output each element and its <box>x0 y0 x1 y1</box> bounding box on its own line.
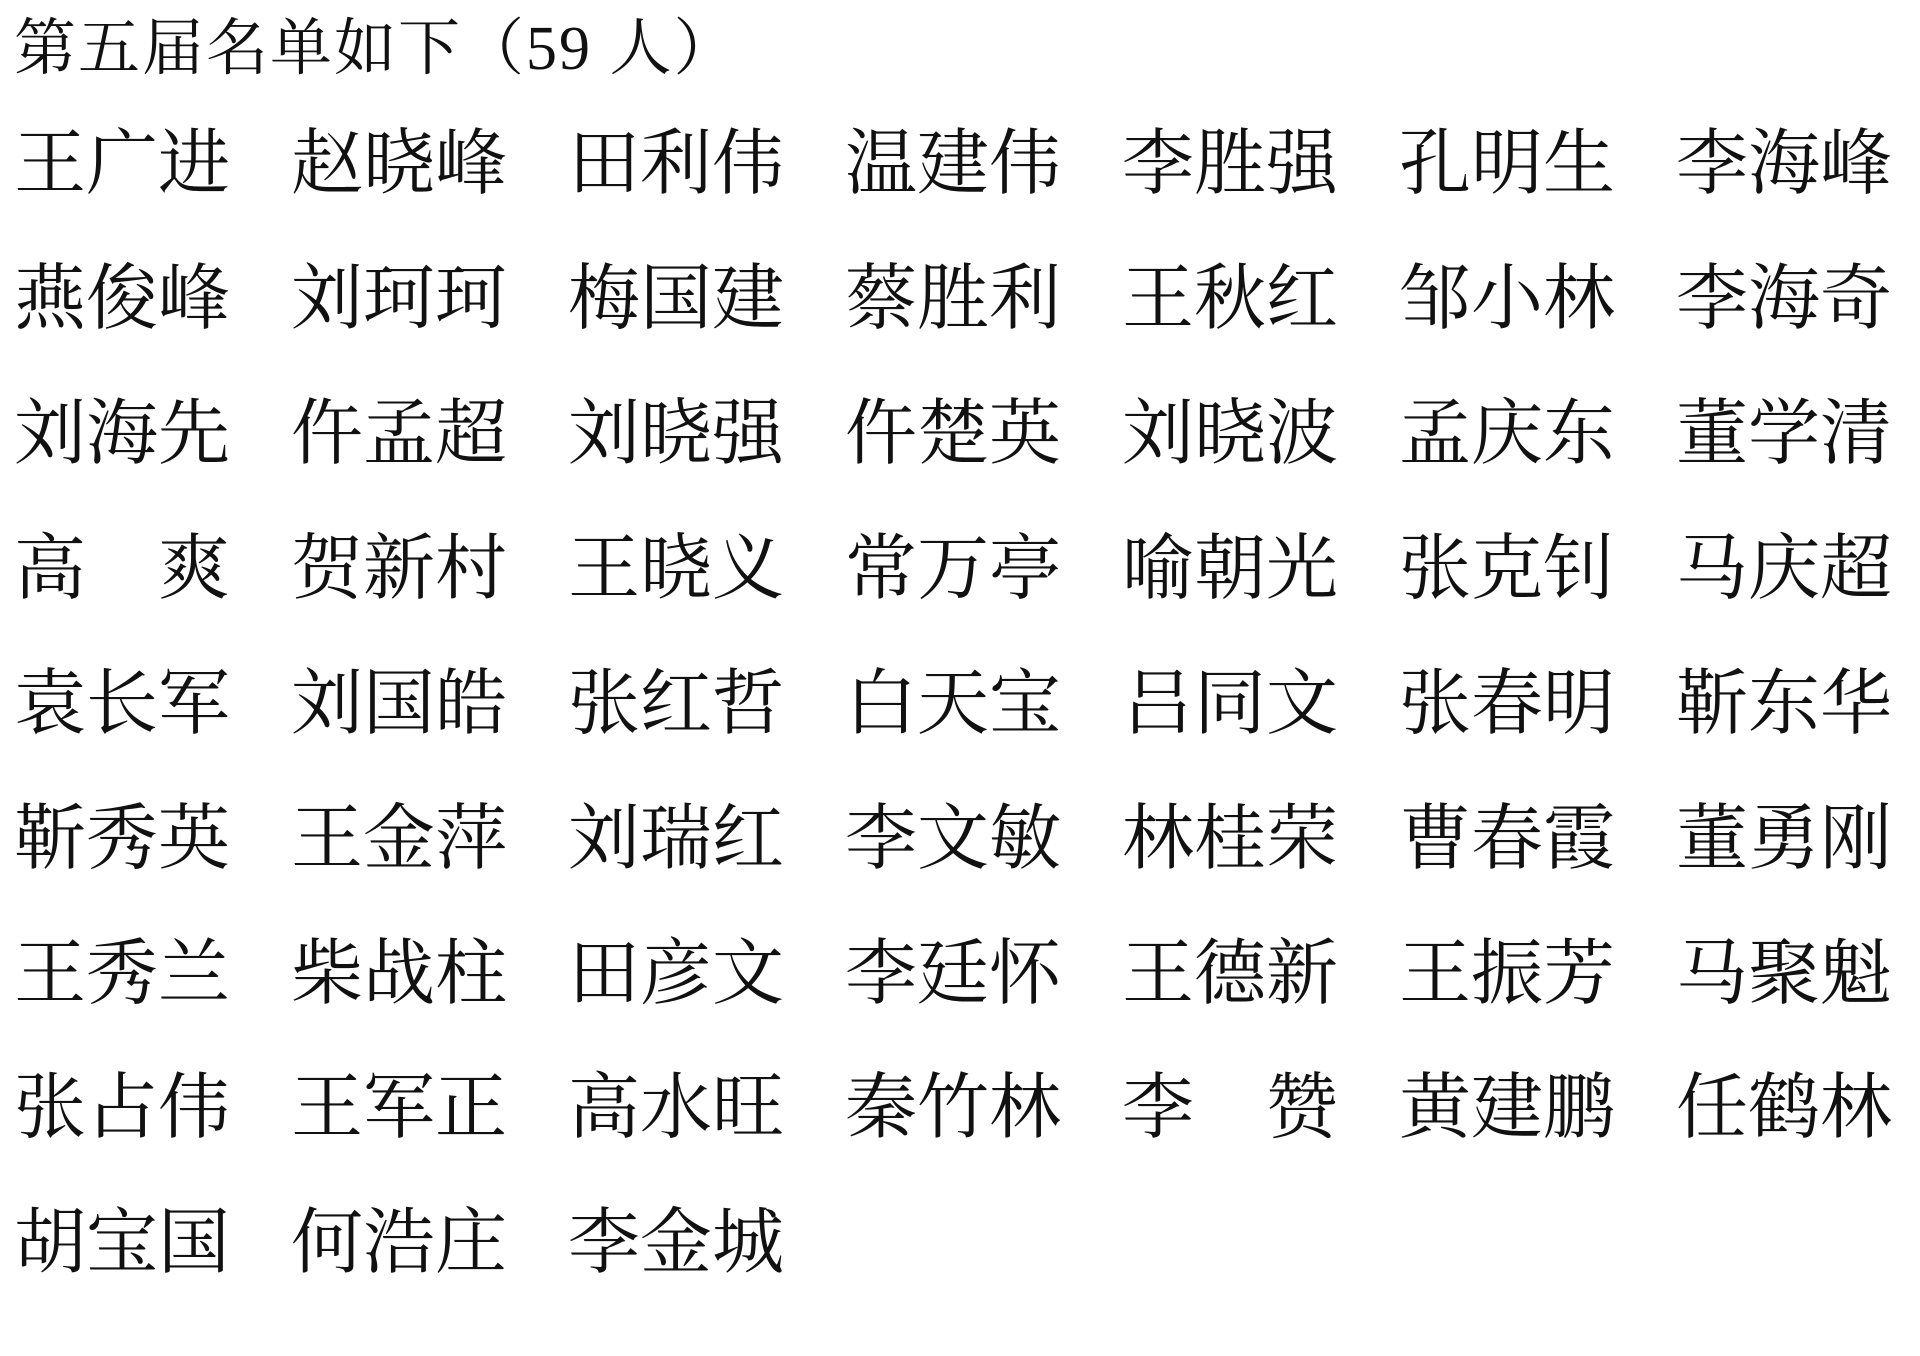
name-cell: 刘珂珂 <box>291 262 509 337</box>
name-cell: 任鹤林 <box>1676 1071 1894 1146</box>
name-cell: 袁长军 <box>14 667 232 742</box>
name-cell: 胡宝国 <box>14 1206 232 1281</box>
name-cell: 李胜强 <box>1122 127 1340 202</box>
name-cell <box>1122 1206 1340 1281</box>
name-row: 高 爽贺新村王晓义常万亭喻朝光张克钊马庆超 <box>14 532 1894 607</box>
name-cell: 曹春霞 <box>1399 802 1617 877</box>
name-cell: 贺新村 <box>291 532 509 607</box>
name-cell: 温建伟 <box>845 127 1063 202</box>
name-cell: 刘晓波 <box>1122 397 1340 472</box>
name-cell: 邹小林 <box>1399 262 1617 337</box>
name-cell: 李文敏 <box>845 802 1063 877</box>
name-row: 张占伟王军正高水旺秦竹林李 赞黄建鹏任鹤林 <box>14 1071 1894 1146</box>
name-cell: 李 赞 <box>1122 1071 1340 1146</box>
name-cell: 孔明生 <box>1399 127 1617 202</box>
name-cell: 高 爽 <box>14 532 232 607</box>
name-cell: 王晓义 <box>568 532 786 607</box>
name-cell: 王秀兰 <box>14 937 232 1012</box>
name-cell: 梅国建 <box>568 262 786 337</box>
name-cell: 王秋红 <box>1122 262 1340 337</box>
name-cell: 李海峰 <box>1676 127 1894 202</box>
name-cell: 刘国皓 <box>291 667 509 742</box>
name-cell: 张红哲 <box>568 667 786 742</box>
name-cell: 马聚魁 <box>1676 937 1894 1012</box>
name-cell <box>1399 1206 1617 1281</box>
name-cell: 王振芳 <box>1399 937 1617 1012</box>
name-cell: 秦竹林 <box>845 1071 1063 1146</box>
name-cell: 靳东华 <box>1676 667 1894 742</box>
name-cell: 王德新 <box>1122 937 1340 1012</box>
name-cell: 仵孟超 <box>291 397 509 472</box>
name-cell: 白天宝 <box>845 667 1063 742</box>
name-cell: 李廷怀 <box>845 937 1063 1012</box>
name-cell: 张占伟 <box>14 1071 232 1146</box>
name-cell: 吕同文 <box>1122 667 1340 742</box>
name-cell: 赵晓峰 <box>291 127 509 202</box>
name-cell: 高水旺 <box>568 1071 786 1146</box>
name-cell: 常万亭 <box>845 532 1063 607</box>
name-cell: 仵楚英 <box>845 397 1063 472</box>
page-title: 第五届名单如下（59 人） <box>14 14 1894 85</box>
name-cell: 喻朝光 <box>1122 532 1340 607</box>
name-row: 燕俊峰刘珂珂梅国建蔡胜利王秋红邹小林李海奇 <box>14 262 1894 337</box>
name-cell: 何浩庄 <box>291 1206 509 1281</box>
name-cell: 刘晓强 <box>568 397 786 472</box>
name-cell: 黄建鹏 <box>1399 1071 1617 1146</box>
name-grid: 王广进赵晓峰田利伟温建伟李胜强孔明生李海峰燕俊峰刘珂珂梅国建蔡胜利王秋红邹小林李… <box>14 127 1894 1341</box>
name-cell: 张克钊 <box>1399 532 1617 607</box>
name-cell: 李海奇 <box>1676 262 1894 337</box>
name-cell: 孟庆东 <box>1399 397 1617 472</box>
name-cell: 张春明 <box>1399 667 1617 742</box>
name-cell: 田利伟 <box>568 127 786 202</box>
name-cell: 董学清 <box>1676 397 1894 472</box>
name-cell: 刘瑞红 <box>568 802 786 877</box>
name-cell: 柴战柱 <box>291 937 509 1012</box>
name-cell: 王广进 <box>14 127 232 202</box>
name-cell: 靳秀英 <box>14 802 232 877</box>
name-cell: 林桂荣 <box>1122 802 1340 877</box>
name-cell: 王金萍 <box>291 802 509 877</box>
name-cell: 王军正 <box>291 1071 509 1146</box>
name-row: 胡宝国何浩庄李金城 <box>14 1206 1894 1281</box>
name-row: 王广进赵晓峰田利伟温建伟李胜强孔明生李海峰 <box>14 127 1894 202</box>
name-cell: 李金城 <box>568 1206 786 1281</box>
name-row: 刘海先仵孟超刘晓强仵楚英刘晓波孟庆东董学清 <box>14 397 1894 472</box>
name-row: 王秀兰柴战柱田彦文李廷怀王德新王振芳马聚魁 <box>14 937 1894 1012</box>
name-cell: 董勇刚 <box>1676 802 1894 877</box>
document-page: 第五届名单如下（59 人） 王广进赵晓峰田利伟温建伟李胜强孔明生李海峰燕俊峰刘珂… <box>0 0 1920 1356</box>
name-cell: 燕俊峰 <box>14 262 232 337</box>
name-cell: 田彦文 <box>568 937 786 1012</box>
name-row: 袁长军刘国皓张红哲白天宝吕同文张春明靳东华 <box>14 667 1894 742</box>
name-cell: 蔡胜利 <box>845 262 1063 337</box>
name-cell <box>1676 1206 1894 1281</box>
name-cell <box>845 1206 1063 1281</box>
name-cell: 刘海先 <box>14 397 232 472</box>
name-row: 靳秀英王金萍刘瑞红李文敏林桂荣曹春霞董勇刚 <box>14 802 1894 877</box>
name-cell: 马庆超 <box>1676 532 1894 607</box>
